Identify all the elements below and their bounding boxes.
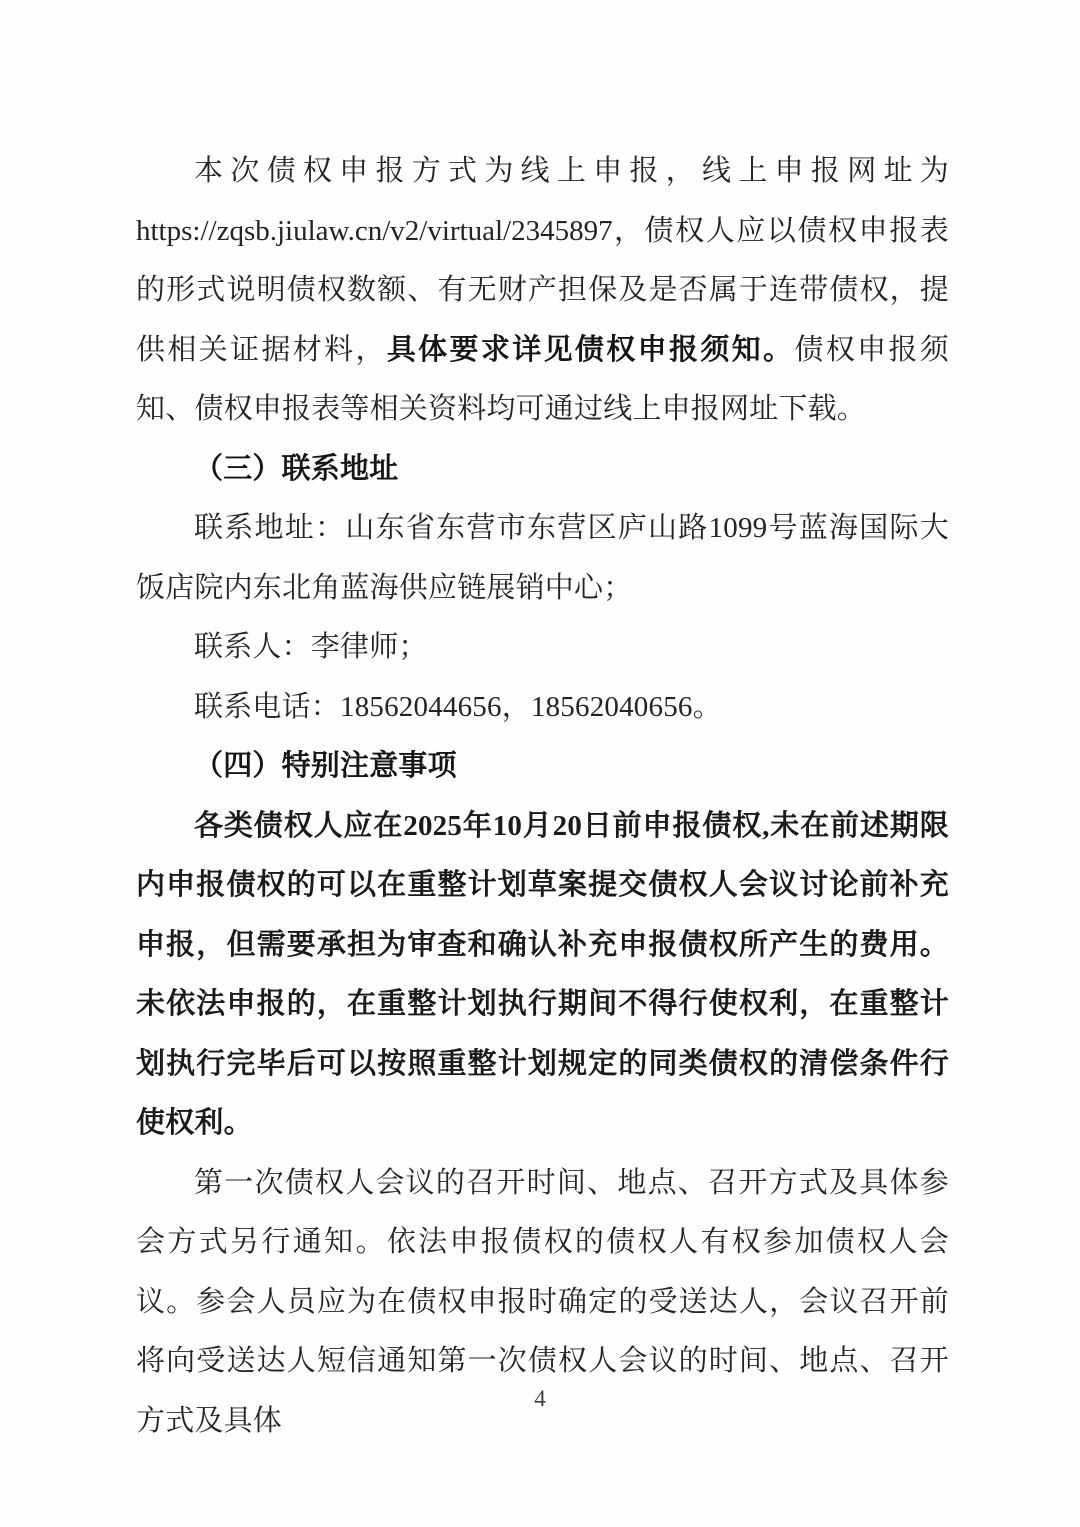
text-run-filing-method: 本次债权申报方式为线上申报，线上申报网址为 xyxy=(194,155,949,187)
paragraph-contact-person: 联系人：李律师； xyxy=(136,618,949,678)
text-run-requirements-bold: 具体要求详见债权申报须知。 xyxy=(387,334,795,366)
page-number: 4 xyxy=(0,1384,1080,1414)
heading-special-notes: （四）特别注意事项 xyxy=(136,737,949,797)
paragraph-deadline-warning: 各类债权人应在2025年10月20日前申报债权,未在前述期限内申报债权的可以在重… xyxy=(136,797,949,1154)
notice-text-block: 本次债权申报方式为线上申报，线上申报网址为https://zqsb.jiulaw… xyxy=(136,142,949,1451)
paragraph-contact-phone: 联系电话：18562044656，18562040656。 xyxy=(136,678,949,738)
filing-url-text: https://zqsb.jiulaw.cn/v2/virtual/234589… xyxy=(136,215,613,247)
paragraph-online-filing: 本次债权申报方式为线上申报，线上申报网址为https://zqsb.jiulaw… xyxy=(136,142,949,440)
scanned-document-page: { "page": { "number": "4" }, "content": … xyxy=(0,0,1080,1527)
heading-contact-address: （三）联系地址 xyxy=(136,440,949,500)
paragraph-contact-address: 联系地址：山东省东营市东营区庐山路1099号蓝海国际大饭店院内东北角蓝海供应链展… xyxy=(136,499,949,618)
